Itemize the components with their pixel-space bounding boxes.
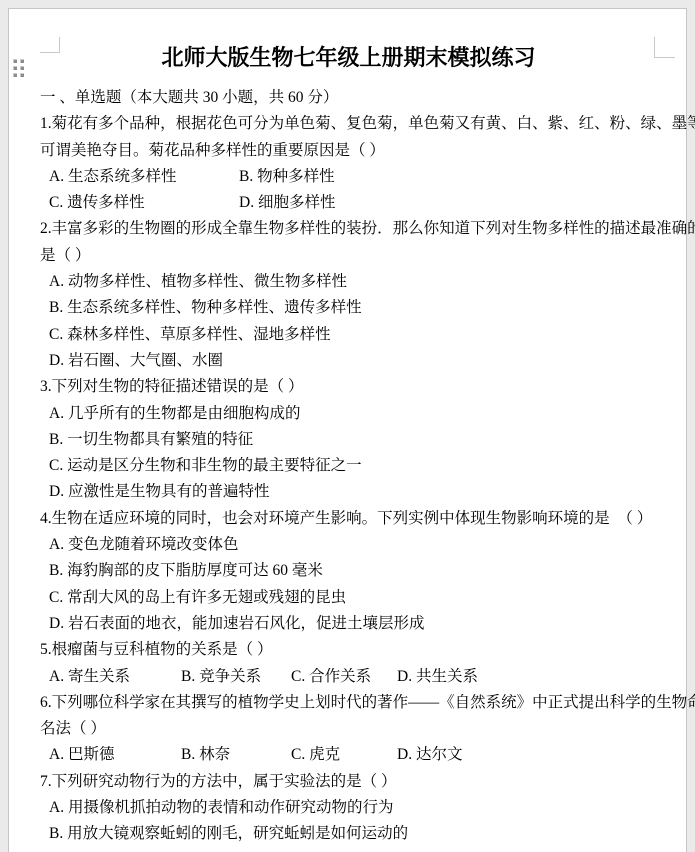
option-item: D. 应激性是生物具有的普遍特性 <box>40 479 657 505</box>
option-item: B. 用放大镜观察蚯蚓的刚毛，研究蚯蚓是如何运动的 <box>40 821 657 847</box>
question-text-line: 6.下列哪位科学家在其撰写的植物学史上划时代的著作——《自然系统》中正式提出科学… <box>40 690 657 716</box>
option-item: D. 岩石表面的地衣，能加速岩石风化，促进土壤层形成 <box>40 611 657 637</box>
options-row: A. 生态系统多样性B. 物种多样性 <box>40 164 657 190</box>
question-text-line: 3.下列对生物的特征描述错误的是（ ） <box>40 374 657 400</box>
document-body: 一 、单选题（本大题共 30 小题，共 60 分） 1.菊花有多个品种，根据花色… <box>40 85 657 848</box>
question-text-line: 4.生物在适应环境的同时，也会对环境产生影响。下列实例中体现生物影响环境的是 （… <box>40 506 657 532</box>
options-list: A. 动物多样性、植物多样性、微生物多样性B. 生态系统多样性、物种多样性、遗传… <box>40 269 657 374</box>
option-item: B. 一切生物都具有繁殖的特征 <box>40 427 657 453</box>
options-list: A. 用摄像机抓拍动物的表情和动作研究动物的行为B. 用放大镜观察蚯蚓的刚毛，研… <box>40 795 657 848</box>
option-item: A. 变色龙随着环境改变体色 <box>40 532 657 558</box>
option-item: C. 运动是区分生物和非生物的最主要特征之一 <box>40 453 657 479</box>
option-item: B. 生态系统多样性、物种多样性、遗传多样性 <box>40 295 657 321</box>
question-block: 7.下列研究动物行为的方法中，属于实验法的是（ ）A. 用摄像机抓拍动物的表情和… <box>40 769 657 848</box>
option-item: C. 常刮大风的岛上有许多无翅或残翅的昆虫 <box>40 585 657 611</box>
option-item: A. 巴斯德 <box>49 742 181 768</box>
document-page: 北师大版生物七年级上册期末模拟练习 一 、单选题（本大题共 30 小题，共 60… <box>8 8 687 852</box>
option-item: D. 共生关系 <box>397 664 478 690</box>
questions: 1.菊花有多个品种，根据花色可分为单色菊、复色菊，单色菊又有黄、白、紫、红、粉、… <box>40 111 657 847</box>
options-row: A. 巴斯德B. 林奈C. 虎克D. 达尔文 <box>40 742 657 768</box>
option-item: D. 达尔文 <box>397 742 462 768</box>
question-block: 5.根瘤菌与豆科植物的关系是（ ）A. 寄生关系B. 竞争关系C. 合作关系D.… <box>40 637 657 690</box>
option-item: A. 寄生关系 <box>49 664 181 690</box>
option-item: B. 海豹胸部的皮下脂肪厚度可达 60 毫米 <box>40 558 657 584</box>
option-item: B. 物种多样性 <box>239 164 335 190</box>
question-text-line: 名法（ ） <box>40 716 657 742</box>
question-block: 6.下列哪位科学家在其撰写的植物学史上划时代的著作——《自然系统》中正式提出科学… <box>40 690 657 769</box>
options-row: C. 遗传多样性D. 细胞多样性 <box>40 190 657 216</box>
option-item: A. 生态系统多样性 <box>49 164 239 190</box>
option-item: B. 林奈 <box>181 742 291 768</box>
question-text-line: 是（ ） <box>40 243 657 269</box>
option-item: A. 动物多样性、植物多样性、微生物多样性 <box>40 269 657 295</box>
question-text-line: 5.根瘤菌与豆科植物的关系是（ ） <box>40 637 657 663</box>
question-block: 2.丰富多彩的生物圈的形成全靠生物多样性的装扮．那么你知道下列对生物多样性的描述… <box>40 216 657 374</box>
page-title: 北师大版生物七年级上册期末模拟练习 <box>40 43 657 73</box>
question-text-line: 1.菊花有多个品种，根据花色可分为单色菊、复色菊，单色菊又有黄、白、紫、红、粉、… <box>40 111 657 137</box>
option-item: C. 合作关系 <box>291 664 397 690</box>
option-item: C. 遗传多样性 <box>49 190 239 216</box>
option-item: B. 竞争关系 <box>181 664 291 690</box>
question-text-line: 可谓美艳夺目。菊花品种多样性的重要原因是（ ） <box>40 138 657 164</box>
section-header: 一 、单选题（本大题共 30 小题，共 60 分） <box>40 85 657 111</box>
option-item: A. 几乎所有的生物都是由细胞构成的 <box>40 401 657 427</box>
question-block: 4.生物在适应环境的同时，也会对环境产生影响。下列实例中体现生物影响环境的是 （… <box>40 506 657 637</box>
option-item: C. 森林多样性、草原多样性、湿地多样性 <box>40 322 657 348</box>
options-row: A. 寄生关系B. 竞争关系C. 合作关系D. 共生关系 <box>40 664 657 690</box>
option-item: C. 虎克 <box>291 742 397 768</box>
option-item: A. 用摄像机抓拍动物的表情和动作研究动物的行为 <box>40 795 657 821</box>
question-block: 3.下列对生物的特征描述错误的是（ ）A. 几乎所有的生物都是由细胞构成的B. … <box>40 374 657 505</box>
options-list: A. 几乎所有的生物都是由细胞构成的B. 一切生物都具有繁殖的特征C. 运动是区… <box>40 401 657 506</box>
top-right-crop-mark <box>654 37 675 58</box>
option-item: D. 岩石圈、大气圈、水圈 <box>40 348 657 374</box>
question-block: 1.菊花有多个品种，根据花色可分为单色菊、复色菊，单色菊又有黄、白、紫、红、粉、… <box>40 111 657 216</box>
drag-handle-icon[interactable] <box>13 59 24 77</box>
options-list: A. 变色龙随着环境改变体色B. 海豹胸部的皮下脂肪厚度可达 60 毫米C. 常… <box>40 532 657 637</box>
option-item: D. 细胞多样性 <box>239 190 335 216</box>
document-content: 北师大版生物七年级上册期末模拟练习 一 、单选题（本大题共 30 小题，共 60… <box>40 43 657 848</box>
question-text-line: 2.丰富多彩的生物圈的形成全靠生物多样性的装扮．那么你知道下列对生物多样性的描述… <box>40 216 657 242</box>
question-text-line: 7.下列研究动物行为的方法中，属于实验法的是（ ） <box>40 769 657 795</box>
